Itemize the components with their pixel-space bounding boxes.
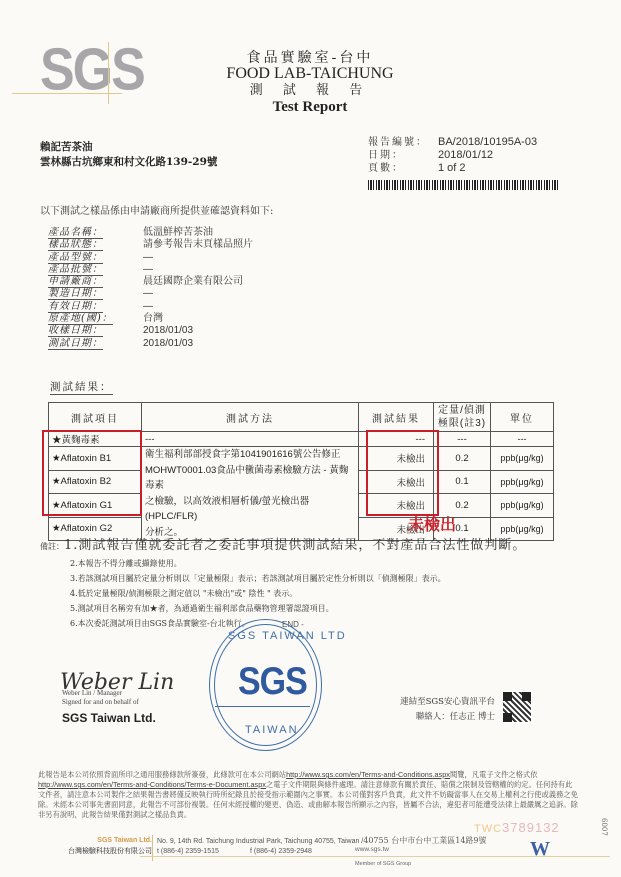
cell-method: 衛生福利部部授食字第1041901616號公告修正MOHWT0001.03食品中… [142, 447, 359, 541]
info-value: 低溫鮮榨苦茶油 [143, 227, 213, 239]
serial-digits: 3789132 [502, 820, 560, 835]
info-value: 請參考報告末頁樣品照片 [143, 239, 253, 251]
info-row: 收樣日期：2018/01/03 [48, 325, 253, 337]
info-value: — [143, 264, 153, 276]
sgs-logo: SGS [40, 40, 144, 100]
footer-member: Member of SGS Group [355, 861, 411, 867]
note-item: 備註：1.測試報告僅就委託者之委託事項提供測試結果，不對產品合法性做判斷。 [40, 537, 526, 556]
footer-address: No. 9, 14th Rd. Taichung Industrial Park… [157, 836, 487, 857]
page-row: 頁數： 1 of 2 [368, 162, 537, 175]
info-row: 有效日期：— [48, 301, 253, 313]
page-number: 1 of 2 [438, 162, 466, 175]
report-meta: 報告編號： BA/2018/10195A-03 日期： 2018/01/12 頁… [368, 136, 537, 175]
info-value: 2018/01/03 [143, 338, 193, 350]
info-label: 產品型號： [48, 252, 143, 264]
report-date: 2018/01/12 [438, 149, 493, 162]
header-result: 測試結果 [359, 403, 434, 432]
report-no: BA/2018/10195A-03 [438, 136, 537, 149]
info-value: 台灣 [143, 313, 163, 325]
info-label: 收樣日期： [48, 325, 143, 337]
info-row: 產品型號：— [48, 252, 253, 264]
info-value: — [143, 252, 153, 264]
info-value: — [143, 301, 153, 313]
info-label: 樣品狀態： [48, 239, 143, 251]
client-block: 賴記苦茶油 雲林縣古坑鄉東和村文化路139-29號 [40, 140, 217, 170]
contact-person: 聯絡人：任志正 博士 [395, 710, 495, 725]
info-value: 2018/01/03 [143, 325, 193, 337]
serial-number: TWC3789132 [474, 820, 560, 835]
note-item: 2.本報告不得分離或擷錄使用。 [40, 556, 526, 571]
logo-divider-vertical [108, 42, 109, 104]
method-line: MOHWT0001.03食品中黴菌毒素檢驗方法 - 黃麴毒素 [145, 463, 355, 494]
header-limit-line1: 定量/偵測 [437, 404, 487, 417]
client-name: 賴記苦茶油 [40, 140, 217, 155]
info-label-text: 產品型號： [48, 252, 103, 264]
footer-brand-en: SGS Taiwan Ltd. [60, 836, 152, 846]
table-header-row: 測試項目 測試方法 測試結果 定量/偵測 極限(註3) 單位 [49, 403, 554, 432]
terms-link[interactable]: http://www.sgs.com/en/Terms-and-Conditio… [286, 770, 450, 779]
notes-prefix: 備註： [40, 542, 64, 551]
signer-name-title: Weber Lin / Manager [62, 689, 139, 698]
page-label: 頁數： [368, 162, 438, 175]
w-mark: W [530, 838, 550, 861]
info-label-text: 申請廠商： [48, 276, 103, 288]
info-value: 晨廷國際企業有限公司 [143, 276, 243, 288]
header-limit: 定量/偵測 極限(註3) [434, 403, 491, 432]
info-value: — [143, 288, 153, 300]
footer-brand: SGS Taiwan Ltd. 台灣檢驗科技股份有限公司 [60, 836, 152, 856]
info-label-text: 原產地(國)： [48, 313, 113, 325]
results-title: 測試結果： [50, 379, 113, 395]
date-row: 日期： 2018/01/12 [368, 149, 537, 162]
annotation-not-detected: 未檢出 [408, 512, 456, 535]
intro-text: 以下測試之樣品係由申請廠商所提供並確認資料如下: [40, 202, 273, 217]
side-code: 6007 [600, 818, 608, 836]
note-text: 1.測試報告僅就委託者之委託事項提供測試結果，不對產品合法性做判斷。 [64, 538, 526, 553]
footer-fax: f (886-4) 2359-2948 [250, 848, 312, 855]
info-label: 產品批號： [48, 264, 143, 276]
info-label-text: 測試日期： [48, 338, 103, 350]
info-label-text: 產品名稱： [48, 227, 103, 239]
stamp-bottom-text: TAIWAN [245, 724, 299, 736]
cell-unit: ppb(μg/kg) [491, 494, 554, 518]
header-method: 測試方法 [142, 403, 359, 432]
header-item: 測試項目 [49, 403, 142, 432]
info-label-text: 有效日期： [48, 301, 103, 313]
sample-info: 產品名稱：低溫鮮榨苦茶油樣品狀態：請參考報告末頁樣品照片產品型號：—產品批號：—… [48, 227, 253, 350]
date-label: 日期： [368, 149, 438, 162]
stamp-line [215, 706, 310, 707]
disclaimer-part1: 此報告是本公司依照背面所印之通用服務條款所簽發，此條款可在本公司網站 [38, 770, 286, 779]
logo-divider [12, 93, 122, 94]
disclaimer-part2: 閱覽，凡電子文件之格式依 [450, 770, 538, 779]
cell-limit: 0.2 [434, 447, 491, 471]
info-row: 樣品狀態：請參考報告末頁樣品照片 [48, 239, 253, 251]
info-label: 有效日期： [48, 301, 143, 313]
report-no-label: 報告編號： [368, 136, 438, 149]
footer-divider [152, 835, 153, 861]
signer-info: Weber Lin / Manager Signed for and on be… [62, 689, 139, 707]
info-label: 製造日期： [48, 288, 143, 300]
footer-brand-zh: 台灣檢驗科技股份有限公司 [60, 846, 152, 856]
cell-unit: ppb(μg/kg) [491, 447, 554, 471]
header-limit-line2: 極限(註3) [437, 417, 487, 430]
notes: 備註：1.測試報告僅就委託者之委託事項提供測試結果，不對產品合法性做判斷。2.本… [40, 537, 526, 631]
report-no-row: 報告編號： BA/2018/10195A-03 [368, 136, 537, 149]
cell-method-empty: --- [142, 432, 359, 447]
info-label-text: 收樣日期： [48, 325, 103, 337]
note-item: 4.低於定量極限/偵測極限之測定值以 "未檢出"或" 陰性 " 表示。 [40, 586, 526, 601]
footer-address-zh: 40755 台中市台中工業區14路9號 [363, 836, 486, 845]
footer-website[interactable]: www.sgs.tw [355, 846, 389, 853]
method-line: 之檢驗，以高效液相層析儀/螢光檢出器 (HPLC/FLR) [145, 494, 355, 525]
client-address: 雲林縣古坑鄉東和村文化路139-29號 [40, 155, 217, 170]
e-document-terms-link[interactable]: http://www.sgs.com/en/Terms-and-Conditio… [38, 780, 266, 789]
signer-company: SGS Taiwan Ltd. [62, 711, 156, 725]
info-label: 申請廠商： [48, 276, 143, 288]
info-label: 原產地(國)： [48, 313, 143, 325]
info-row: 原產地(國)：台灣 [48, 313, 253, 325]
lab-name-en: FOOD LAB-TAICHUNG [150, 66, 470, 82]
cell-unit: --- [491, 432, 554, 447]
report-title-zh: 測 試 報 告 [150, 84, 470, 97]
stamp-top-text: SGS TAIWAN LTD [228, 630, 347, 642]
info-row: 產品批號：— [48, 264, 253, 276]
info-row: 測試日期：2018/01/03 [48, 338, 253, 350]
cell-limit: --- [434, 432, 491, 447]
info-label-text: 製造日期： [48, 288, 103, 300]
footer-tel: t (886-4) 2359-1515 [157, 848, 219, 855]
contact-platform: 連結至SGS安心資訊平台 [395, 695, 495, 710]
info-label: 測試日期： [48, 338, 143, 350]
info-row: 製造日期：— [48, 288, 253, 300]
note-item: 5.測試項目名稱旁有加★者，為通過衛生福利部食品藥物管理署認證項目。 [40, 601, 526, 616]
signed-for: Signed for and on behalf of [62, 698, 139, 707]
cell-limit: 0.1 [434, 470, 491, 494]
qr-code-icon[interactable] [502, 691, 532, 723]
contact-block: 連結至SGS安心資訊平台 聯絡人：任志正 博士 [395, 695, 495, 725]
info-label-text: 樣品狀態： [48, 239, 103, 251]
serial-prefix: TWC [474, 823, 502, 835]
disclaimer: 此報告是本公司依照背面所印之通用服務條款所簽發，此條款可在本公司網站http:/… [38, 770, 578, 820]
info-label: 產品名稱： [48, 227, 143, 239]
info-row: 產品名稱：低溫鮮榨苦茶油 [48, 227, 253, 239]
method-line: 衛生福利部部授食字第1041901616號公告修正 [145, 447, 355, 463]
barcode [368, 180, 558, 190]
highlight-box-items [42, 430, 142, 516]
lab-name-zh: 食品實驗室-台中 [150, 51, 470, 65]
info-row: 申請廠商：晨廷國際企業有限公司 [48, 276, 253, 288]
info-label-text: 產品批號： [48, 264, 103, 276]
report-title-en: Test Report [150, 100, 470, 115]
stamp-logo: SGS [238, 662, 307, 701]
footer-address-en: No. 9, 14th Rd. Taichung Industrial Park… [157, 838, 363, 845]
note-item: 3.若該測試項目屬於定量分析則以「定量極限」表示；若該測試項目屬於定性分析則以「… [40, 571, 526, 586]
header-unit: 單位 [491, 403, 554, 432]
cell-unit: ppb(μg/kg) [491, 470, 554, 494]
highlight-box-results [366, 430, 439, 516]
